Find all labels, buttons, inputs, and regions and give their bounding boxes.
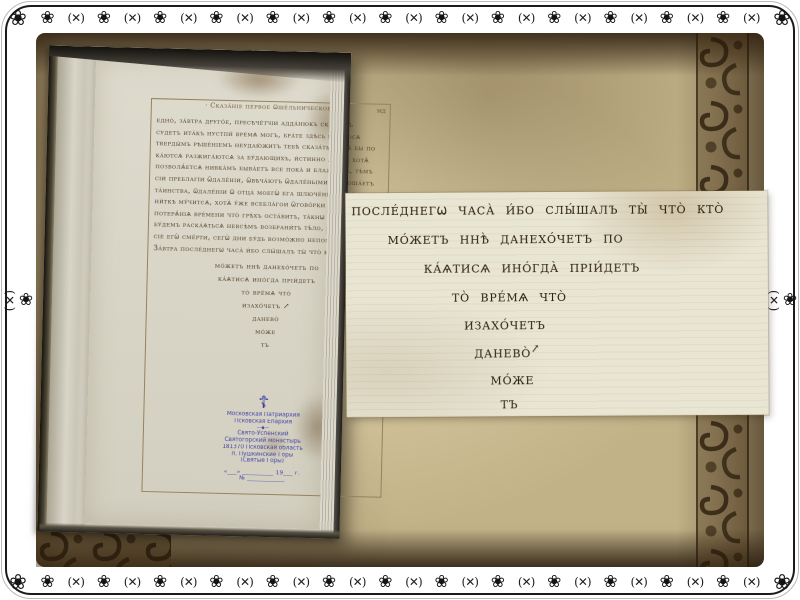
corner-flower-icon: ❀ <box>765 1 799 35</box>
flower-ornament-icon: ❀ <box>97 10 111 27</box>
flower-ornament-icon: ❀ <box>781 290 798 310</box>
crossed-arcs-ornament-icon: (✕) <box>236 11 252 25</box>
border-ornament-right: ❀(✕)❀(✕)❀(✕)❀(✕)❀(✕)❀(✕)❀(✕)❀(✕)❀(✕)❀(✕) <box>766 34 798 566</box>
crossed-arcs-ornament-icon: (✕) <box>462 575 478 589</box>
magnified-text-fragment: после́днегѡ часа̀ и́бо слы́шалъ ты̀ что̀… <box>345 191 768 418</box>
crossed-arcs-ornament-icon: (✕) <box>518 575 534 589</box>
flower-ornament-icon: ❀ <box>209 10 223 27</box>
border-ornament-left: ❀(✕)❀(✕)❀(✕)❀(✕)❀(✕)❀(✕)❀(✕)❀(✕)❀(✕)❀(✕) <box>2 34 34 566</box>
crossed-arcs-ornament-icon: (✕) <box>630 575 646 589</box>
magnified-line: мо́же <box>490 370 534 388</box>
crossed-arcs-ornament-icon: (✕) <box>574 11 590 25</box>
flower-ornament-icon: ❀ <box>660 574 674 591</box>
flower-ornament-icon: ❀ <box>434 10 448 27</box>
flower-ornament-icon: ❀ <box>547 574 561 591</box>
flower-ornament-icon: ❀ <box>153 10 167 27</box>
flower-ornament-icon: ❀ <box>378 574 392 591</box>
insertion-mark-icon: ↗ <box>529 342 540 356</box>
flower-ornament-icon: ❀ <box>266 574 280 591</box>
crossed-arcs-ornament-icon: (✕) <box>349 11 365 25</box>
slide-canvas: ❀(✕)❀(✕)❀(✕)❀(✕)❀(✕)❀(✕)❀(✕)❀(✕)❀(✕)❀(✕)… <box>0 0 800 600</box>
crossed-arcs-ornament-icon: (✕) <box>574 575 590 589</box>
magnified-line: тъ <box>501 394 519 412</box>
crossed-arcs-ornament-icon: (✕) <box>180 11 196 25</box>
crossed-arcs-ornament-icon: (✕) <box>405 11 421 25</box>
crossed-arcs-ornament-icon: (✕) <box>124 575 140 589</box>
folio-number: мд <box>377 107 386 115</box>
flower-ornament-icon: ❀ <box>322 574 336 591</box>
flower-ornament-icon: ❀ <box>17 290 34 310</box>
crossed-arcs-ornament-icon: (✕) <box>405 575 421 589</box>
border-ornament-top: ❀(✕)❀(✕)❀(✕)❀(✕)❀(✕)❀(✕)❀(✕)❀(✕)❀(✕)❀(✕)… <box>34 2 766 34</box>
flower-ornament-icon: ❀ <box>547 10 561 27</box>
flower-ornament-icon: ❀ <box>266 10 280 27</box>
flower-ornament-icon: ❀ <box>153 574 167 591</box>
flower-ornament-icon: ❀ <box>40 574 54 591</box>
flower-ornament-icon: ❀ <box>603 574 617 591</box>
flower-ornament-icon: ❀ <box>97 574 111 591</box>
magnified-line: то̀ вре́мѧ что̀ <box>452 287 567 306</box>
border-ornament-bottom: ❀(✕)❀(✕)❀(✕)❀(✕)❀(✕)❀(✕)❀(✕)❀(✕)❀(✕)❀(✕)… <box>34 566 766 598</box>
magnified-line: изахо́четъ <box>464 315 546 333</box>
crossed-arcs-ornament-icon: (✕) <box>293 11 309 25</box>
crossed-arcs-ornament-icon: (✕) <box>124 11 140 25</box>
crossed-arcs-ornament-icon: (✕) <box>67 11 83 25</box>
flower-ornament-icon: ❀ <box>491 574 505 591</box>
flower-ornament-icon: ❀ <box>603 10 617 27</box>
flower-ornament-icon: ❀ <box>209 574 223 591</box>
magnified-line: данево̀↗ <box>474 343 540 361</box>
crossed-arcs-ornament-icon: (✕) <box>743 575 759 589</box>
crossed-arcs-ornament-icon: (✕) <box>236 575 252 589</box>
flower-ornament-icon: ❀ <box>660 10 674 27</box>
crossed-arcs-ornament-icon: (✕) <box>743 11 759 25</box>
flower-ornament-icon: ❀ <box>716 10 730 27</box>
crossed-arcs-ornament-icon: (✕) <box>687 11 703 25</box>
manuscript-book-photo: · Сказа́ніе пе́рвое ѿше́льническое · мд … <box>37 46 351 539</box>
crossed-arcs-ornament-icon: (✕) <box>293 575 309 589</box>
crossed-arcs-ornament-icon: (✕) <box>687 575 703 589</box>
magnified-line: ка́ѧтисѧ ино́гда̀ пріи́детъ <box>424 257 640 276</box>
flower-ornament-icon: ❀ <box>40 10 54 27</box>
flower-ornament-icon: ❀ <box>322 10 336 27</box>
page-header: · Сказа́ніе пе́рвое ѿше́льническое · <box>152 100 390 114</box>
crossed-arcs-ornament-icon: (✕) <box>630 11 646 25</box>
manuscript-page: · Сказа́ніе пе́рвое ѿше́льническое · мд … <box>85 57 331 530</box>
flower-ornament-icon: ❀ <box>434 574 448 591</box>
crossed-arcs-ornament-icon: (✕) <box>180 575 196 589</box>
crossed-arcs-ornament-icon: (✕) <box>767 290 781 310</box>
flower-ornament-icon: ❀ <box>491 10 505 27</box>
crossed-arcs-ornament-icon: (✕) <box>3 290 17 310</box>
crossed-arcs-ornament-icon: (✕) <box>518 11 534 25</box>
flower-ornament-icon: ❀ <box>716 574 730 591</box>
flower-ornament-icon: ❀ <box>378 10 392 27</box>
corner-flower-icon: ❀ <box>1 565 35 599</box>
crossed-arcs-ornament-icon: (✕) <box>349 575 365 589</box>
magnified-line: мо́жетъ ннѣ̀ данехо́четъ по <box>388 229 624 248</box>
magnified-line: после́днегѡ часа̀ и́бо слы́шалъ ты̀ что̀… <box>351 199 724 219</box>
crossed-arcs-ornament-icon: (✕) <box>67 575 83 589</box>
corner-flower-icon: ❀ <box>765 565 799 599</box>
crossed-arcs-ornament-icon: (✕) <box>462 11 478 25</box>
corner-flower-icon: ❀ <box>1 1 35 35</box>
